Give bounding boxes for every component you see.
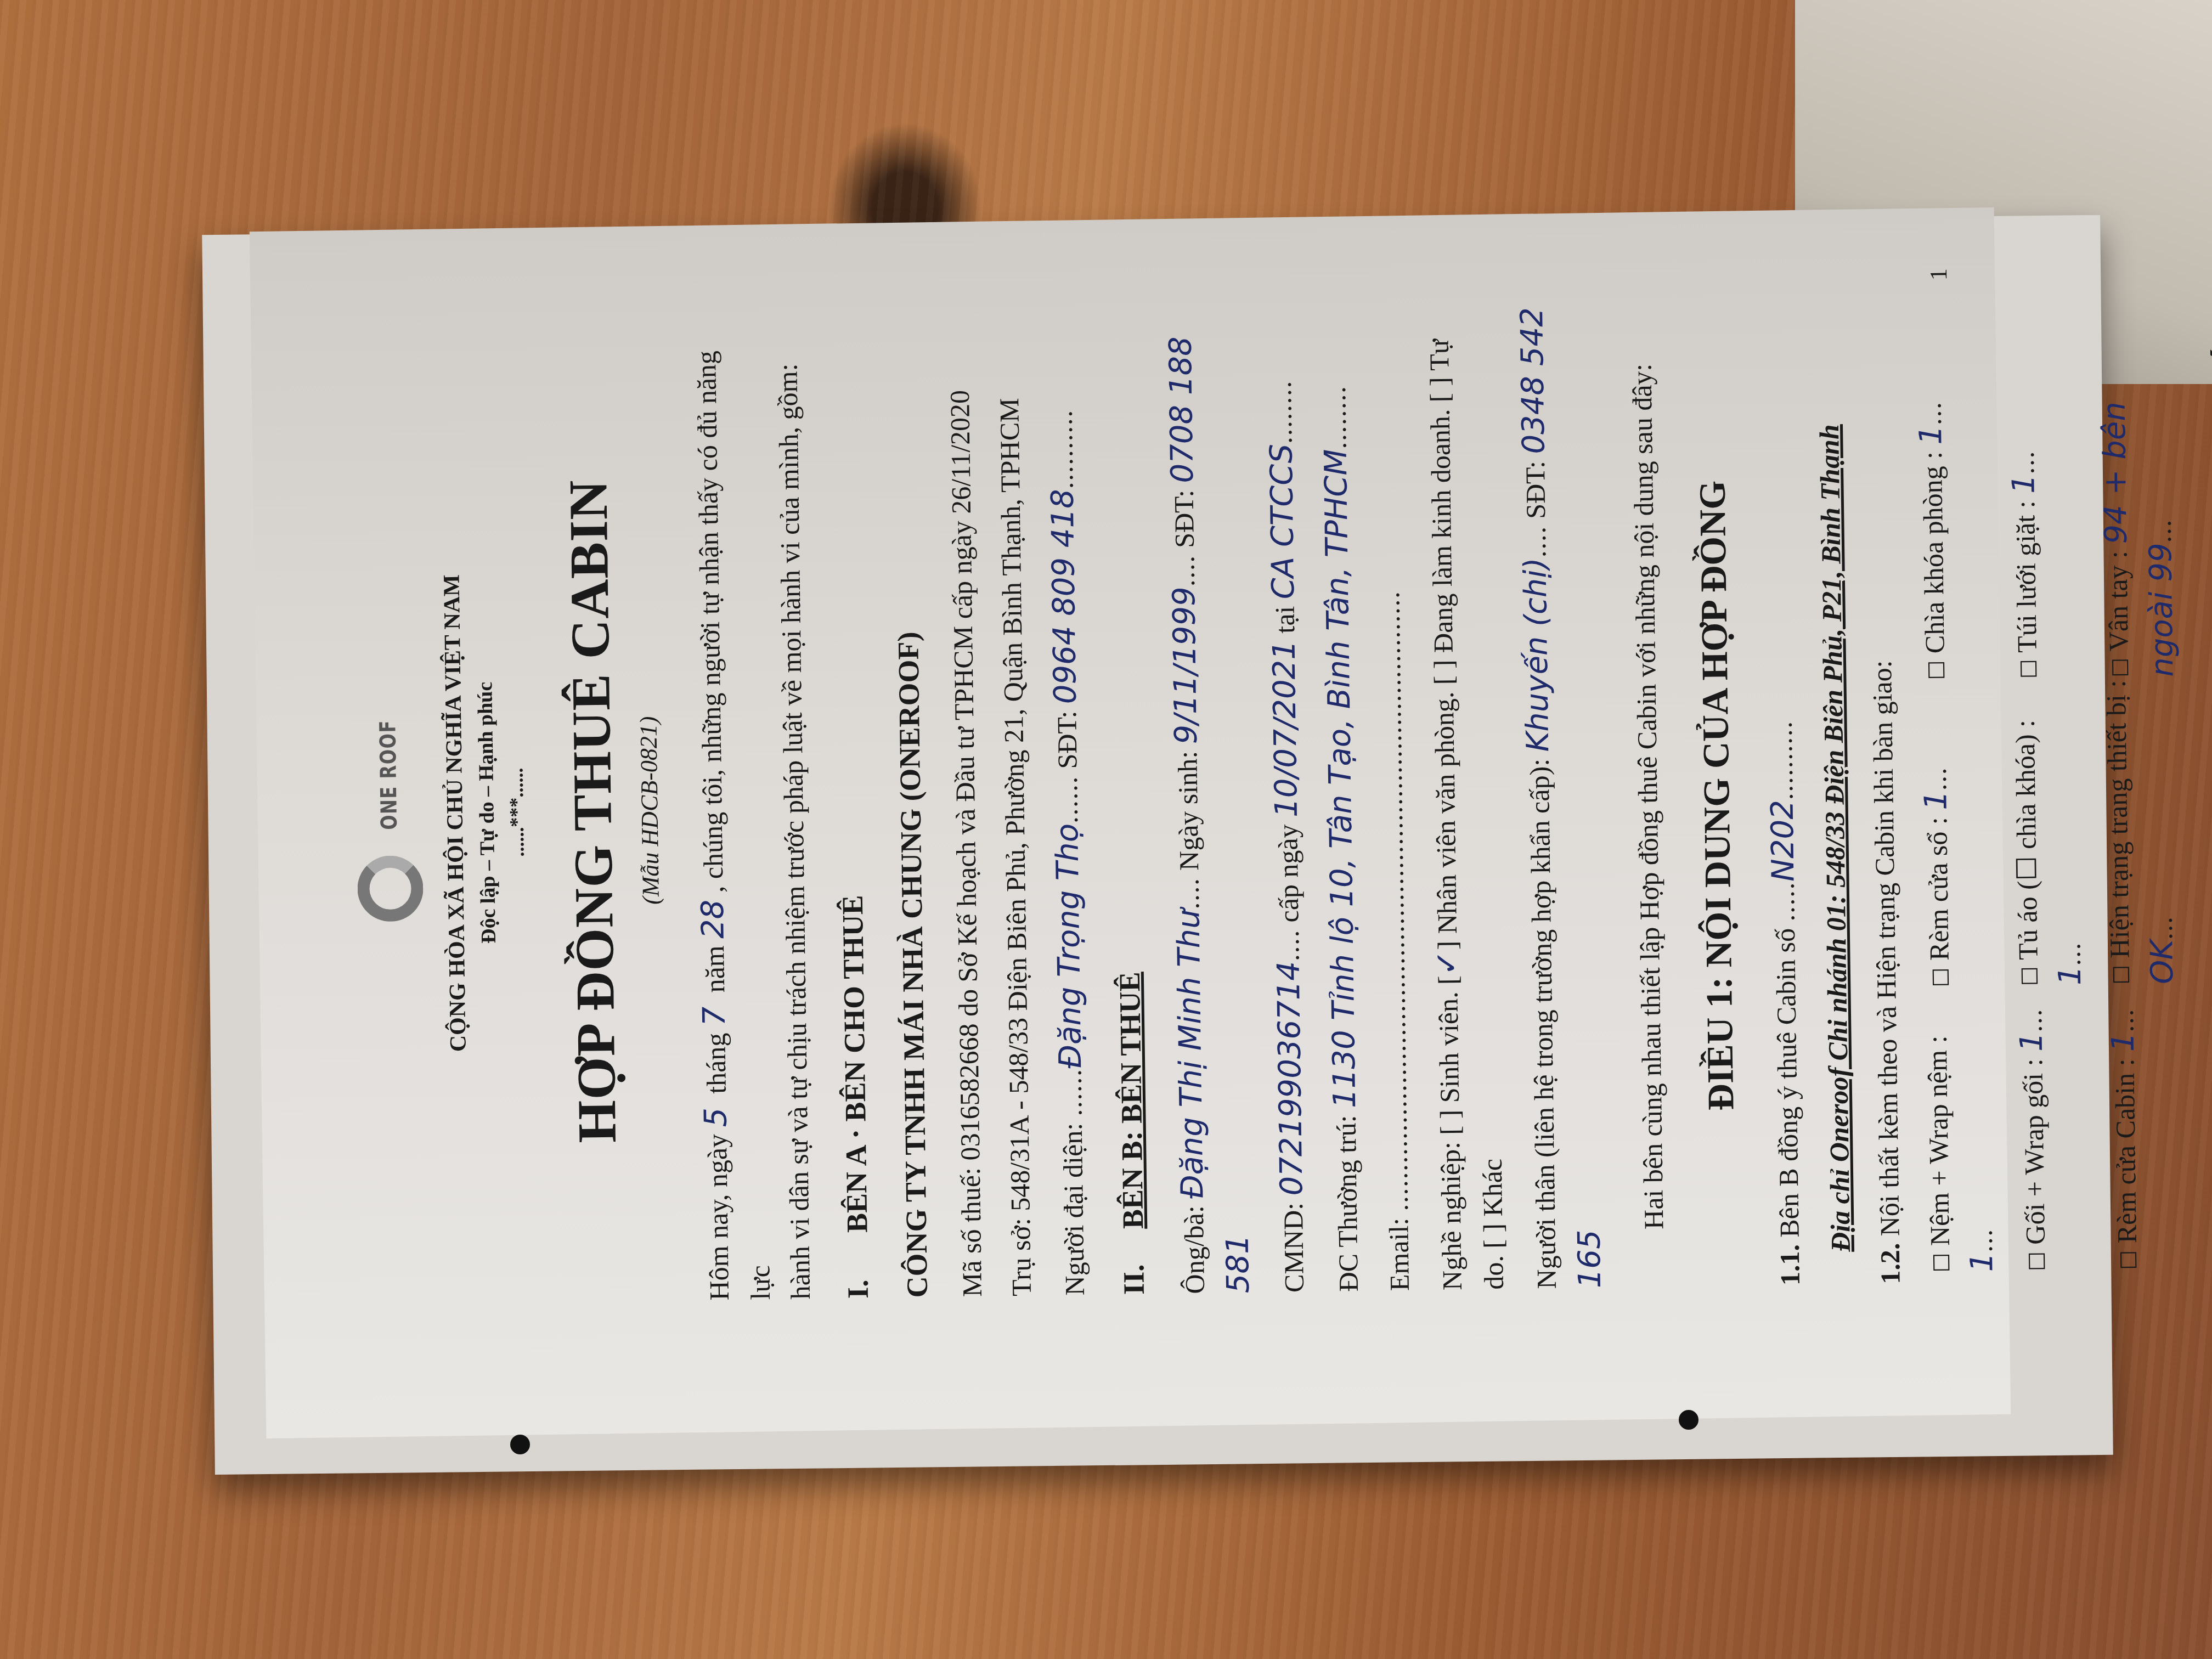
party-b-name-row: Ông/bà: Đặng Thị Minh Thư.... Ngày sinh:…	[1158, 311, 1261, 1294]
checkbox-icon[interactable]: ☐	[2025, 1251, 2050, 1271]
cabin-number: N202	[1764, 800, 1801, 882]
contract-page: ONE ROOF CỘNG HÒA XÃ HỘI CHỦ NGHĨA VIỆT …	[250, 207, 2011, 1438]
clause-1-2: 1.2. Nội thất kèm theo và Hiện trạng Cab…	[1857, 302, 1910, 1284]
party-b-job-row: Nghề nghiệp: [ ] Sinh viên. [✓] Nhân viê…	[1415, 307, 1514, 1290]
agreement-intro: Hai bên cùng nhau thiết lập Hợp đồng thu…	[1621, 305, 1674, 1288]
article-2-title: ĐIỀU 2: GIÁ THUÊ VÀ PHƯƠNG THỨC THANH TO…	[2202, 297, 2212, 1279]
clause-1-1: 1.1. Bên B đồng ý thuê Cabin số .....N20…	[1753, 303, 1812, 1286]
tenant-name: Đặng Thị Minh Thư	[1171, 909, 1210, 1199]
checkbox-icon[interactable]: ☐	[2017, 659, 2042, 679]
checkbox-icon[interactable]: ☐	[2117, 1250, 2142, 1269]
rep-name: Đặng Trọng Thọ	[1049, 823, 1088, 1069]
furniture-item[interactable]: ☐ Rèm cửa Cabin : 1...	[2100, 984, 2193, 1270]
binder-hole-mark	[510, 1435, 530, 1454]
party-a-heading: I.BÊN A · BÊN CHO THUÊ	[823, 317, 879, 1299]
branch-address: Địa chỉ Oneroof Chi nhánh 01: 548/33 Điệ…	[1808, 303, 1861, 1252]
furniture-checklist: ☐ Nệm + Wrap nệm : 1...☐ Rèm cửa sổ : 1.…	[1907, 298, 2193, 1273]
tenant-id-issue-place: CA CTCCS	[1263, 444, 1301, 600]
party-a-address: Trụ sở: 548/31A - 548/33 Điện Biên Phủ, …	[988, 314, 1041, 1297]
intro-paragraph: Hôm nay, ngày 5 tháng 7 năm 28 , chúng t…	[682, 317, 820, 1301]
document-title: HỢP ĐỒNG THUÊ CABIN	[546, 320, 639, 1303]
one-roof-ring-icon	[357, 855, 424, 922]
binder-hole-mark	[1679, 1410, 1699, 1430]
job-option-student[interactable]: [ ] Sinh viên.	[1433, 991, 1466, 1135]
furniture-item[interactable]: ☐ Nệm + Wrap nệm : 1...	[1916, 986, 2005, 1273]
party-b-id-row: CMND: 072199036714.... cấp ngày 10/07/20…	[1257, 311, 1316, 1293]
party-b-relative-row: Người thân (liên hệ trong trường hợp khẩ…	[1510, 306, 1612, 1289]
furniture-item[interactable]: ☐ Vân tay : 94 + bên ngoài 99...	[2092, 391, 2185, 678]
party-a-tax: Mã số thuế: 0316582668 do Sở Kế hoạch và…	[939, 315, 992, 1297]
party-b-address-row: ĐC Thường trú: 1130 Tỉnh lộ 10, Tân Tạo,…	[1312, 309, 1370, 1292]
tenant-address: 1130 Tỉnh lộ 10, Tân Tạo, Bình Tân, TPHC…	[1318, 449, 1363, 1108]
job-option-business[interactable]: [ ] Đang làm kinh doanh.	[1425, 409, 1459, 685]
year-value: 28	[695, 899, 731, 939]
party-b-email-row: Email: .................................…	[1366, 309, 1419, 1291]
furniture-item[interactable]: ☐ Túi lưới giặt : 1...	[2000, 393, 2089, 679]
month-value: 7	[697, 1006, 732, 1026]
furniture-item[interactable]: ☐ Chìa khóa phòng : 1...	[1908, 394, 1996, 680]
party-a-representative: Người đại diện: ......Đặng Trọng Thọ....…	[1038, 313, 1096, 1296]
page-number: 1	[1921, 268, 1956, 281]
rep-phone: 0964 809 418	[1045, 489, 1083, 704]
furniture-item[interactable]: ☐ Gối + Wrap gối : 1...	[2008, 985, 2097, 1272]
checkbox-icon[interactable]: ☐	[2017, 966, 2042, 986]
job-option-other[interactable]: [ ] Khác	[1476, 1159, 1508, 1249]
company-logo: ONE ROOF	[349, 323, 429, 1306]
relative-name: Khuyến (chị)	[1517, 557, 1556, 752]
tenant-dob: 9/11/1999	[1166, 586, 1204, 744]
logo-text: ONE ROOF	[372, 720, 405, 830]
article-1-title: ĐIỀU 1: NỘI DUNG CỦA HỢP ĐỒNG	[1683, 304, 1751, 1286]
furniture-item[interactable]: ☐ Rèm cửa sổ : 1...	[1912, 679, 2000, 988]
day-value: 5	[698, 1107, 733, 1127]
tenant-id-issue-date: 10/07/2021	[1266, 640, 1305, 818]
party-b-heading: II.BÊN B: BÊN THUÊ	[1099, 313, 1155, 1295]
furniture-item[interactable]: ☐ Tủ áo (☐ chìa khóa) : 1...	[2004, 678, 2092, 986]
party-a-company: CÔNG TY TNHH MÁI NHÀ CHUNG (ONEROOF)	[883, 315, 939, 1298]
checkbox-icon[interactable]: ☐	[1929, 967, 1954, 987]
checkbox-icon[interactable]: ☐	[2109, 965, 2135, 985]
checkbox-icon[interactable]: ☐	[1929, 1252, 1955, 1272]
furniture-item[interactable]: ☐ Hiện trạng trang thiết bị : OK...	[2096, 676, 2190, 985]
checkbox-icon[interactable]: ☐	[1925, 660, 1950, 680]
job-option-office[interactable]: [✓] Nhân viên văn phòng.	[1429, 691, 1463, 985]
checkbox-icon[interactable]: ☐	[2108, 658, 2134, 678]
tenant-id: 072199036714	[1271, 961, 1310, 1196]
